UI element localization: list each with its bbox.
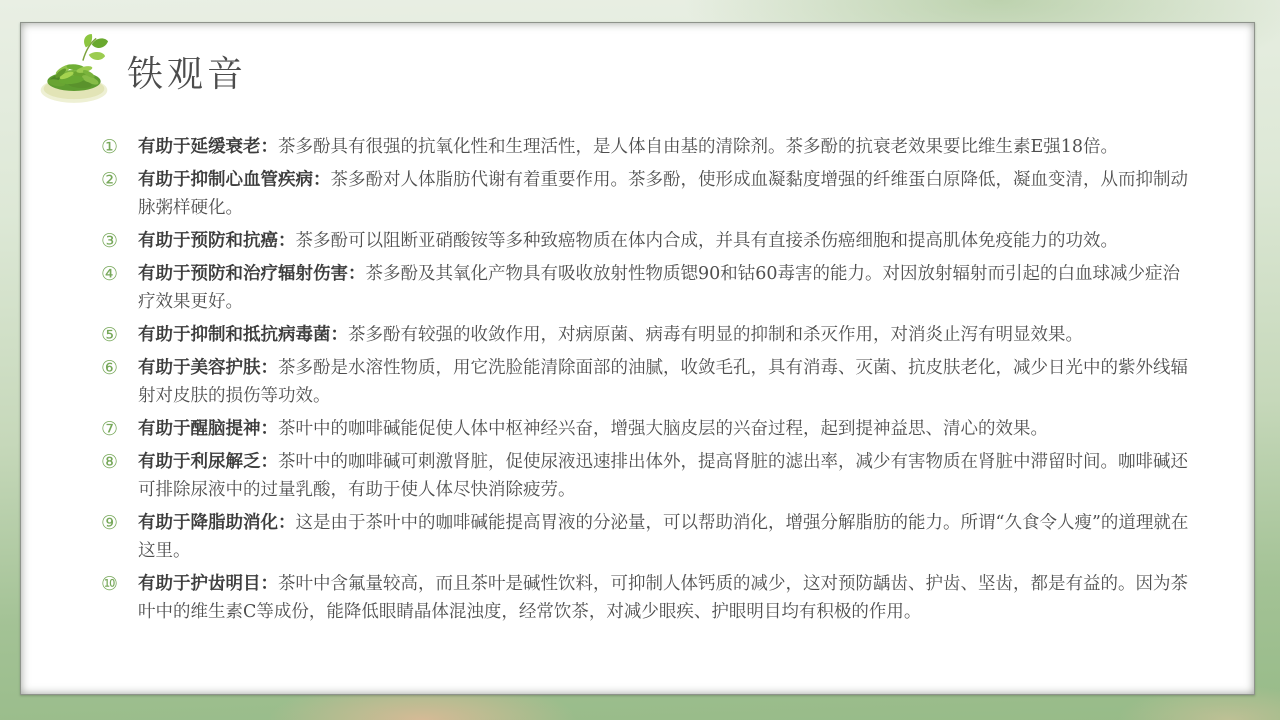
page-title: 铁观音: [127, 46, 247, 97]
tea-leaf-heap: [47, 63, 101, 91]
item-text: 有助于抑制和抵抗病毒菌：茶多酚有较强的收敛作用，对病原菌、病毒有明显的抑制和杀灭…: [138, 321, 1083, 349]
item-body: 茶叶中的咖啡碱可刺激肾脏，促使尿液迅速排出体外，提高肾脏的滤出率，减少有害物质在…: [138, 452, 1188, 500]
item-body: 茶多酚可以阻断亚硝酸铵等多种致癌物质在体内合成，并具有直接杀伤癌细胞和提高肌体免…: [296, 231, 1119, 251]
item-number: ④: [101, 260, 125, 288]
item-heading: 有助于降脂助消化：: [138, 513, 296, 533]
list-item: ③ 有助于预防和抗癌：茶多酚可以阻断亚硝酸铵等多种致癌物质在体内合成，并具有直接…: [101, 227, 1190, 255]
item-heading: 有助于护齿明目：: [138, 574, 278, 594]
slide-content-card: 铁观音 ① 有助于延缓衰老：茶多酚具有很强的抗氧化性和生理活性，是人体自由基的清…: [20, 22, 1255, 695]
item-number: ⑦: [101, 415, 125, 443]
item-text: 有助于护齿明目：茶叶中含氟量较高，而且茶叶是碱性饮料，可抑制人体钙质的减少，这对…: [138, 570, 1190, 626]
item-text: 有助于延缓衰老：茶多酚具有很强的抗氧化性和生理活性，是人体自由基的清除剂。茶多酚…: [138, 133, 1118, 161]
list-item: ② 有助于抑制心血管疾病：茶多酚对人体脂肪代谢有着重要作用。茶多酚，使形成血凝黏…: [101, 166, 1190, 222]
tea-leaves-plate-icon: [37, 32, 111, 110]
item-text: 有助于抑制心血管疾病：茶多酚对人体脂肪代谢有着重要作用。茶多酚，使形成血凝黏度增…: [138, 166, 1190, 222]
slide-header: 铁观音: [37, 31, 1254, 111]
item-heading: 有助于美容护肤：: [138, 358, 278, 378]
item-number: ⑧: [101, 448, 125, 476]
item-heading: 有助于抑制和抵抗病毒菌：: [138, 325, 348, 345]
leaf-sprig: [83, 34, 108, 61]
list-item: ① 有助于延缓衰老：茶多酚具有很强的抗氧化性和生理活性，是人体自由基的清除剂。茶…: [101, 133, 1190, 161]
item-text: 有助于降脂助消化：这是由于茶叶中的咖啡碱能提高胃液的分泌量，可以帮助消化，增强分…: [138, 509, 1190, 565]
item-number: ②: [101, 166, 125, 194]
item-number: ⑩: [101, 570, 125, 598]
list-item: ⑤ 有助于抑制和抵抗病毒菌：茶多酚有较强的收敛作用，对病原菌、病毒有明显的抑制和…: [101, 321, 1190, 349]
item-text: 有助于美容护肤：茶多酚是水溶性物质，用它洗脸能清除面部的油腻，收敛毛孔，具有消毒…: [138, 354, 1190, 410]
item-number: ⑤: [101, 321, 125, 349]
item-body: 茶叶中的咖啡碱能促使人体中枢神经兴奋，增强大脑皮层的兴奋过程，起到提神益思、清心…: [278, 419, 1048, 439]
list-item: ⑨ 有助于降脂助消化：这是由于茶叶中的咖啡碱能提高胃液的分泌量，可以帮助消化，增…: [101, 509, 1190, 565]
item-heading: 有助于延缓衰老：: [138, 137, 278, 157]
item-text: 有助于预防和治疗辐射伤害：茶多酚及其氧化产物具有吸收放射性物质锶90和钴60毒害…: [138, 260, 1190, 316]
item-heading: 有助于利尿解乏：: [138, 452, 278, 472]
item-body: 茶多酚具有很强的抗氧化性和生理活性，是人体自由基的清除剂。茶多酚的抗衰老效果要比…: [278, 137, 1118, 157]
item-text: 有助于利尿解乏：茶叶中的咖啡碱可刺激肾脏，促使尿液迅速排出体外，提高肾脏的滤出率…: [138, 448, 1190, 504]
item-heading: 有助于醒脑提神：: [138, 419, 278, 439]
list-item: ⑧ 有助于利尿解乏：茶叶中的咖啡碱可刺激肾脏，促使尿液迅速排出体外，提高肾脏的滤…: [101, 448, 1190, 504]
item-number: ③: [101, 227, 125, 255]
item-body: 这是由于茶叶中的咖啡碱能提高胃液的分泌量，可以帮助消化，增强分解脂肪的能力。所谓…: [138, 513, 1188, 561]
list-item: ⑥ 有助于美容护肤：茶多酚是水溶性物质，用它洗脸能清除面部的油腻，收敛毛孔，具有…: [101, 354, 1190, 410]
item-number: ⑨: [101, 509, 125, 537]
item-heading: 有助于预防和抗癌：: [138, 231, 296, 251]
list-item: ⑩ 有助于护齿明目：茶叶中含氟量较高，而且茶叶是碱性饮料，可抑制人体钙质的减少，…: [101, 570, 1190, 626]
item-number: ⑥: [101, 354, 125, 382]
item-body: 茶多酚有较强的收敛作用，对病原菌、病毒有明显的抑制和杀灭作用，对消炎止泻有明显效…: [348, 325, 1083, 345]
item-number: ①: [101, 133, 125, 161]
list-item: ⑦ 有助于醒脑提神：茶叶中的咖啡碱能促使人体中枢神经兴奋，增强大脑皮层的兴奋过程…: [101, 415, 1190, 443]
item-heading: 有助于预防和治疗辐射伤害：: [138, 264, 366, 284]
list-item: ④ 有助于预防和治疗辐射伤害：茶多酚及其氧化产物具有吸收放射性物质锶90和钴60…: [101, 260, 1190, 316]
item-heading: 有助于抑制心血管疾病：: [138, 170, 331, 190]
benefits-list: ① 有助于延缓衰老：茶多酚具有很强的抗氧化性和生理活性，是人体自由基的清除剂。茶…: [21, 133, 1254, 626]
item-body: 茶叶中含氟量较高，而且茶叶是碱性饮料，可抑制人体钙质的减少，这对预防龋齿、护齿、…: [138, 574, 1188, 622]
item-text: 有助于预防和抗癌：茶多酚可以阻断亚硝酸铵等多种致癌物质在体内合成，并具有直接杀伤…: [138, 227, 1118, 255]
item-body: 茶多酚是水溶性物质，用它洗脸能清除面部的油腻，收敛毛孔，具有消毒、灭菌、抗皮肤老…: [138, 358, 1188, 406]
item-text: 有助于醒脑提神：茶叶中的咖啡碱能促使人体中枢神经兴奋，增强大脑皮层的兴奋过程，起…: [138, 415, 1048, 443]
